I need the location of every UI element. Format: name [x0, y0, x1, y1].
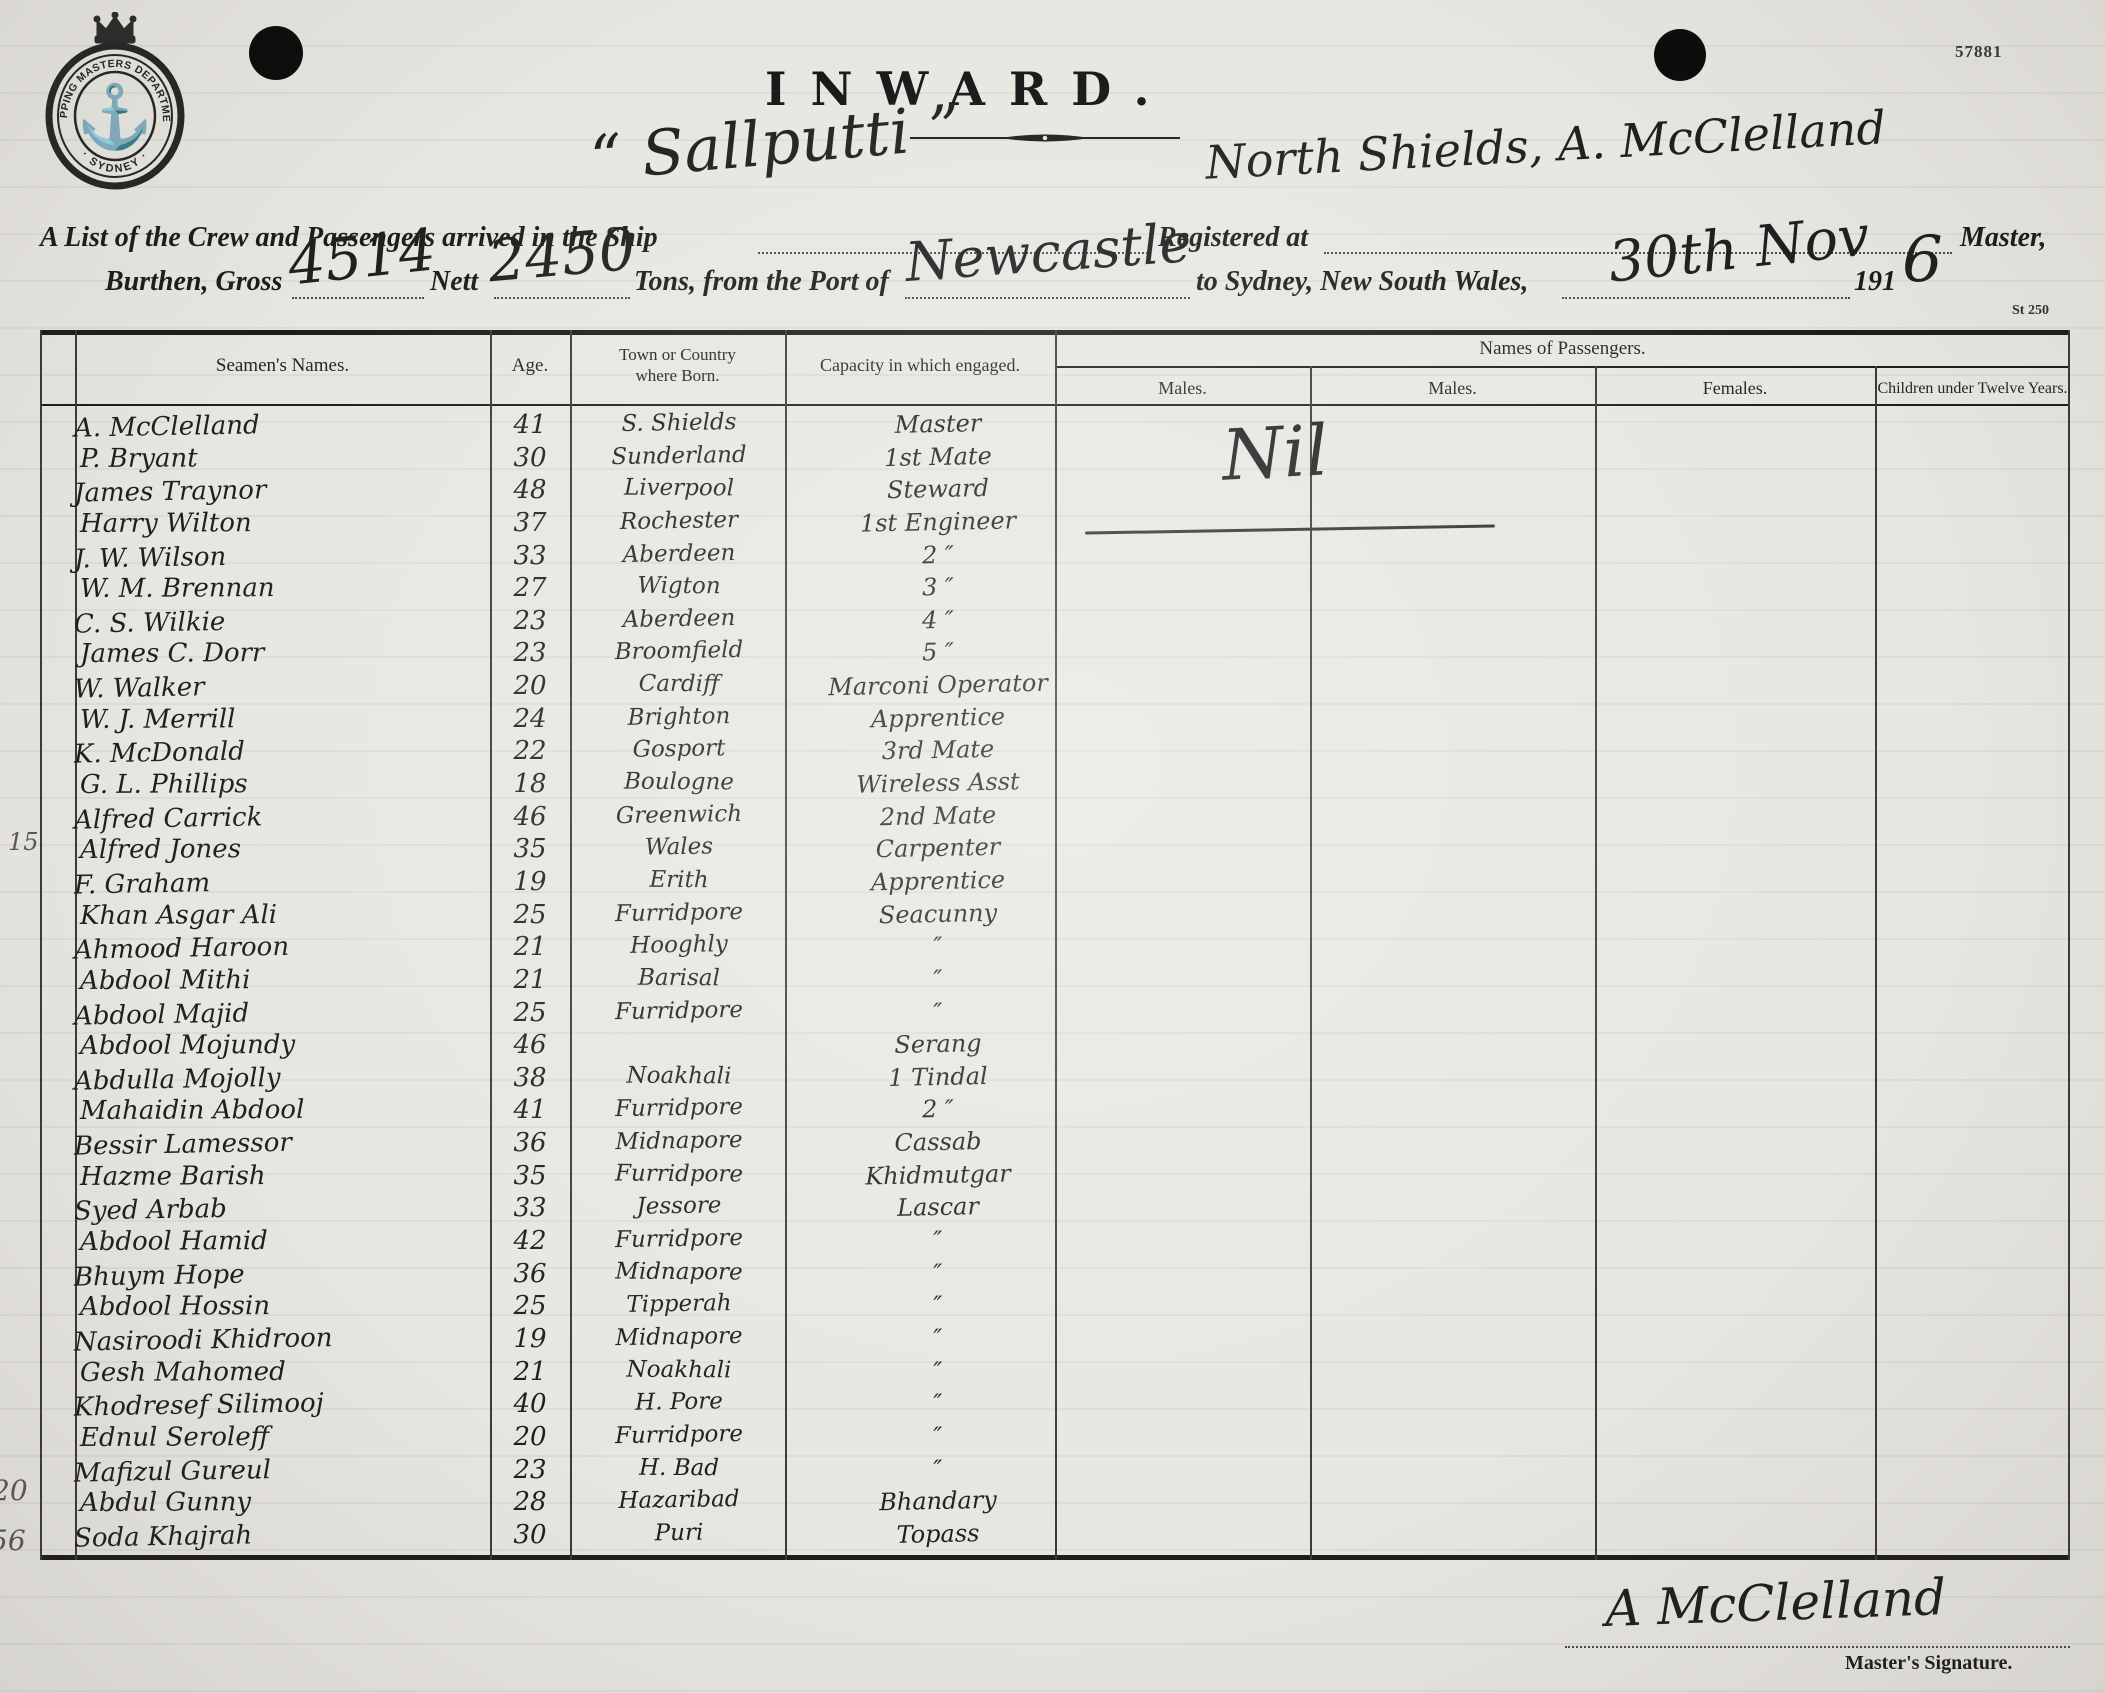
crew-name: Abdool Mojundy: [80, 1031, 490, 1059]
crew-born: Aberdeen: [574, 606, 784, 633]
column-header-males-1: Males.: [1055, 378, 1310, 399]
table-row: W. Walker20CardiffMarconi Operator: [40, 673, 2070, 706]
crew-name: J. W. Wilson: [74, 539, 484, 572]
crew-name: Abdulla Mojolly: [74, 1061, 484, 1094]
crew-age: 41: [492, 412, 568, 438]
anchor-icon: ⚓: [76, 81, 153, 152]
crew-age: 28: [492, 1489, 568, 1515]
margin-note-56: 56: [0, 1524, 26, 1557]
crew-capacity: Lascar: [788, 1192, 1088, 1222]
crew-born: Cardiff: [574, 672, 784, 696]
crew-age: 22: [492, 738, 568, 764]
crew-born: Furridpore: [574, 1096, 784, 1123]
crew-name: Gesh Mahomed: [80, 1357, 490, 1385]
crew-capacity: ″: [788, 1388, 1088, 1418]
crew-age: 23: [492, 640, 568, 666]
crew-capacity: 2nd Mate: [788, 801, 1088, 831]
crew-name: Bhuym Hope: [74, 1257, 484, 1290]
crew-age: 23: [492, 608, 568, 634]
table-row: K. McDonald22Gosport3rd Mate: [40, 738, 2070, 771]
table-row: Harry Wilton37Rochester1st Engineer: [40, 510, 2070, 543]
crew-born: Aberdeen: [574, 541, 784, 568]
crew-capacity: 1st Engineer: [788, 507, 1088, 537]
table-row: Alfred Jones35WalesCarpenter: [40, 836, 2070, 869]
crew-age: 27: [492, 575, 568, 601]
year-printed: 191: [1854, 266, 1896, 298]
crew-name: Syed Arbab: [74, 1192, 484, 1225]
crew-capacity: 3rd Mate: [788, 735, 1088, 765]
crew-name: Abdool Hossin: [80, 1292, 490, 1320]
crew-age: 19: [492, 869, 568, 895]
crew-age: 20: [492, 673, 568, 699]
crew-age: 48: [492, 477, 568, 503]
nett-label: Nett: [430, 266, 478, 298]
crew-capacity: ″: [788, 1225, 1088, 1255]
crew-name: W. M. Brennan: [80, 574, 490, 602]
crew-age: 21: [492, 967, 568, 993]
master-signature-handwritten: A McClelland: [1604, 1572, 1947, 1634]
crew-born: Furridpore: [574, 998, 784, 1025]
port-line: [905, 297, 1190, 299]
table-row: Bessir Lamessor36MidnaporeCassab: [40, 1130, 2070, 1163]
crew-age: 38: [492, 1065, 568, 1091]
nett-line: [494, 297, 630, 299]
crew-capacity: Topass: [788, 1519, 1088, 1549]
crew-name: Abdul Gunny: [80, 1488, 490, 1516]
table-row: Mafizul Gureul23H. Bad″: [40, 1457, 2070, 1490]
crew-age: 23: [492, 1457, 568, 1483]
crew-age: 40: [492, 1391, 568, 1417]
signature-label: Master's Signature.: [1845, 1652, 2012, 1675]
column-header-born-line1: Town or Country: [570, 344, 785, 365]
crew-name: A. McClelland: [74, 408, 484, 441]
table-row: C. S. Wilkie23Aberdeen4 ″: [40, 608, 2070, 641]
crown-icon: [94, 12, 136, 43]
port-handwritten: Newcastle: [903, 216, 1193, 290]
crew-name: Bessir Lamessor: [74, 1127, 484, 1160]
crew-age: 19: [492, 1326, 568, 1352]
crew-age: 24: [492, 706, 568, 732]
master-label: Master,: [1960, 222, 2046, 254]
crew-born: S. Shields: [574, 410, 784, 437]
crew-name: F. Graham: [74, 865, 484, 898]
registered-at-handwritten: North Shields, A. McClelland: [1204, 104, 1887, 186]
table-row: Abdul Gunny28HazaribadBhandary: [40, 1489, 2070, 1522]
table-row: Gesh Mahomed21Noakhali″: [40, 1359, 2070, 1392]
crew-capacity: ″: [788, 996, 1088, 1026]
crew-capacity: ″: [788, 1323, 1088, 1353]
crew-capacity: 3 ″: [788, 572, 1088, 602]
signature-line: [1565, 1646, 2070, 1648]
burthen-gross-label: Burthen, Gross: [105, 266, 282, 298]
crew-born: Puri: [574, 1520, 784, 1547]
crew-born: Hooghly: [574, 932, 784, 959]
crew-name: Khodresef Silimooj: [74, 1388, 484, 1421]
crew-born: H. Bad: [574, 1456, 784, 1480]
table-row: Abdool Majid25Furridpore″: [40, 1000, 2070, 1033]
table-row: James Traynor48LiverpoolSteward: [40, 477, 2070, 510]
crew-capacity: Wireless Asst: [788, 768, 1088, 798]
crew-name: Khan Asgar Ali: [80, 901, 490, 929]
date-handwritten: 30th Nov: [1606, 208, 1872, 291]
crew-age: 35: [492, 1163, 568, 1189]
crew-capacity: 5 ″: [788, 637, 1088, 667]
crew-born: Midnapore: [574, 1324, 784, 1351]
crew-born: Noakhali: [574, 1064, 784, 1088]
crew-name: W. Walker: [74, 670, 484, 703]
crew-name: James C. Dorr: [80, 639, 490, 667]
crew-born: Jessore: [574, 1194, 784, 1221]
crew-born: Erith: [574, 868, 784, 892]
crew-born: Barisal: [574, 966, 784, 990]
crew-born: Midnapore: [574, 1260, 784, 1284]
crew-capacity: 2 ″: [788, 539, 1088, 569]
table-row: Ednul Seroleff20Furridpore″: [40, 1424, 2070, 1457]
crew-name: P. Bryant: [80, 444, 490, 472]
crew-born: H. Pore: [574, 1389, 784, 1416]
crew-age: 36: [492, 1130, 568, 1156]
crew-name: Ahmood Haroon: [74, 931, 484, 964]
crew-born: Midnapore: [574, 1128, 784, 1155]
crew-capacity: Apprentice: [788, 703, 1088, 733]
column-header-males-2: Males.: [1310, 378, 1595, 399]
column-header-females: Females.: [1595, 378, 1875, 399]
crew-age: 46: [492, 804, 568, 830]
serial-number: 57881: [1955, 42, 2003, 62]
column-header-born-line2: where Born.: [570, 365, 785, 386]
gross-tons-handwritten: 4514: [285, 220, 438, 293]
margin-note-20: 20: [0, 1474, 28, 1507]
crew-name: Hazme Barish: [80, 1162, 490, 1190]
to-sydney-label: to Sydney, New South Wales,: [1196, 266, 1528, 298]
crew-born: Broomfield: [574, 639, 784, 666]
crew-age: 18: [492, 771, 568, 797]
table-row: Mahaidin Abdool41Furridpore2 ″: [40, 1097, 2070, 1130]
crew-capacity: Steward: [788, 474, 1088, 504]
crew-name: Nasiroodi Khidroon: [74, 1322, 484, 1355]
crew-age: 36: [492, 1261, 568, 1287]
crew-name: Alfred Jones: [80, 835, 490, 863]
column-header-born: Town or Country where Born.: [570, 344, 785, 386]
crew-capacity: 2 ″: [788, 1094, 1088, 1124]
table-row: Abdool Mojundy46Serang: [40, 1032, 2070, 1065]
crew-born: Liverpool: [574, 477, 784, 501]
crew-age: 21: [492, 934, 568, 960]
crew-capacity: Master: [788, 409, 1088, 439]
crew-born: Brighton: [574, 704, 784, 731]
crew-name: Harry Wilton: [80, 509, 490, 537]
table-row: Abdool Mithi21Barisal″: [40, 967, 2070, 1000]
table-row: Bhuym Hope36Midnapore″: [40, 1261, 2070, 1294]
passengers-header-underline: [1055, 366, 2070, 368]
crew-name: K. McDonald: [74, 735, 484, 768]
crew-capacity: 4 ″: [788, 605, 1088, 635]
crew-capacity: ″: [788, 1290, 1088, 1320]
crew-age: 30: [492, 445, 568, 471]
table-row: Soda Khajrah30PuriTopass: [40, 1522, 2070, 1555]
tons-port-label: Tons, from the Port of: [634, 266, 889, 298]
crew-name: James Traynor: [74, 474, 484, 507]
crew-born: Furridpore: [574, 1422, 784, 1449]
crew-name: W. J. Merrill: [80, 705, 490, 733]
crew-capacity: 1st Mate: [788, 442, 1088, 472]
crew-born: Boulogne: [574, 770, 784, 794]
form-number: St 250: [2012, 303, 2049, 319]
crew-capacity: ″: [788, 1421, 1088, 1451]
shipping-masters-seal: SHIPPING MASTERS DEPARTMENT · SYDNEY · ⚓: [40, 12, 190, 190]
crew-capacity: ″: [788, 964, 1088, 994]
date-line: [1562, 297, 1850, 299]
crew-age: 33: [492, 1195, 568, 1221]
crew-name: Mahaidin Abdool: [80, 1096, 490, 1124]
crew-born: Wales: [574, 834, 784, 861]
table-row: W. J. Merrill24BrightonApprentice: [40, 706, 2070, 739]
crew-age: 41: [492, 1097, 568, 1123]
crew-capacity: 1 Tindal: [788, 1062, 1088, 1092]
hole-punch-right: [1654, 29, 1706, 81]
column-header-capacity: Capacity in which engaged.: [785, 355, 1055, 376]
table-row: Abdool Hamid42Furridpore″: [40, 1228, 2070, 1261]
year-digit-handwritten: 6: [1902, 228, 1943, 292]
crew-name: Soda Khajrah: [74, 1518, 484, 1551]
crew-capacity: Apprentice: [788, 866, 1088, 896]
crew-name: Mafizul Gureul: [74, 1453, 484, 1486]
crew-capacity: ″: [788, 1258, 1088, 1288]
crew-capacity: ″: [788, 1453, 1088, 1483]
table-row: Nasiroodi Khidroon19Midnapore″: [40, 1326, 2070, 1359]
crew-born: Noakhali: [574, 1358, 784, 1382]
table-row: Ahmood Haroon21Hooghly″: [40, 934, 2070, 967]
crew-capacity: Serang: [788, 1029, 1088, 1059]
crew-born: Greenwich: [574, 802, 784, 829]
crew-born: Wigton: [574, 574, 784, 598]
table-row: James C. Dorr23Broomfield5 ″: [40, 640, 2070, 673]
column-header-seamens-names: Seamen's Names.: [75, 355, 490, 376]
crew-capacity: Carpenter: [788, 833, 1088, 863]
crew-age: 25: [492, 1000, 568, 1026]
table-row: G. L. Phillips18BoulogneWireless Asst: [40, 771, 2070, 804]
crew-capacity: Khidmutgar: [788, 1160, 1088, 1190]
crew-capacity: Bhandary: [788, 1486, 1088, 1516]
crew-born: Tipperah: [574, 1291, 784, 1318]
table-row: A. McClelland41S. ShieldsMaster: [40, 412, 2070, 445]
table-row: Hazme Barish35FurridporeKhidmutgar: [40, 1163, 2070, 1196]
crew-rows: A. McClelland41S. ShieldsMasterP. Bryant…: [40, 412, 2070, 1555]
table-row: Alfred Carrick46Greenwich2nd Mate: [40, 804, 2070, 837]
table-row: Khodresef Silimooj40H. Pore″: [40, 1391, 2070, 1424]
crew-name: C. S. Wilkie: [74, 604, 484, 637]
table-row: Abdulla Mojolly38Noakhali1 Tindal: [40, 1065, 2070, 1098]
crew-name: Abdool Hamid: [80, 1227, 490, 1255]
nett-tons-handwritten: 2450: [486, 220, 638, 291]
crew-born: Hazaribad: [574, 1487, 784, 1514]
crew-name: G. L. Phillips: [80, 770, 490, 798]
ship-name-handwritten: “ Sallputti ”: [588, 96, 963, 190]
gross-line: [292, 297, 424, 299]
crew-name: Alfred Carrick: [74, 800, 484, 833]
crew-born: Furridpore: [574, 900, 784, 927]
crew-name: Ednul Seroleff: [80, 1423, 490, 1451]
crew-capacity: Marconi Operator: [788, 670, 1088, 700]
crew-capacity: ″: [788, 931, 1088, 961]
column-header-age: Age.: [490, 355, 570, 376]
column-header-passengers: Names of Passengers.: [1055, 338, 2070, 359]
crew-capacity: ″: [788, 1355, 1088, 1385]
crew-age: 37: [492, 510, 568, 536]
document-page: SHIPPING MASTERS DEPARTMENT · SYDNEY · ⚓…: [0, 0, 2105, 1693]
table-row: P. Bryant30Sunderland1st Mate: [40, 445, 2070, 478]
table-row: W. M. Brennan27Wigton3 ″: [40, 575, 2070, 608]
crew-name: Abdool Majid: [74, 996, 484, 1029]
crew-born: Furridpore: [574, 1226, 784, 1253]
column-header-children: Children under Twelve Years.: [1875, 378, 2070, 399]
crew-capacity: Cassab: [788, 1127, 1088, 1157]
crew-capacity: Seacunny: [788, 898, 1088, 928]
table-row: F. Graham19ErithApprentice: [40, 869, 2070, 902]
crew-age: 35: [492, 836, 568, 862]
margin-note-15: 15: [8, 828, 39, 856]
crew-age: 42: [492, 1228, 568, 1254]
crew-age: 20: [492, 1424, 568, 1450]
crew-age: 46: [492, 1032, 568, 1058]
crew-born: Furridpore: [574, 1162, 784, 1186]
crew-age: 25: [492, 902, 568, 928]
crew-age: 25: [492, 1293, 568, 1319]
crew-born: Sunderland: [574, 443, 784, 470]
crew-born: Rochester: [574, 508, 784, 535]
table-row: Khan Asgar Ali25FurridporeSeacunny: [40, 902, 2070, 935]
crew-age: 33: [492, 543, 568, 569]
table-row: Abdool Hossin25Tipperah″: [40, 1293, 2070, 1326]
table-row: J. W. Wilson33Aberdeen2 ″: [40, 543, 2070, 576]
hole-punch-left: [249, 26, 303, 80]
crew-age: 30: [492, 1522, 568, 1548]
crew-name: Abdool Mithi: [80, 966, 490, 994]
crew-age: 21: [492, 1359, 568, 1385]
crew-born: Gosport: [574, 737, 784, 764]
table-row: Syed Arbab33JessoreLascar: [40, 1195, 2070, 1228]
